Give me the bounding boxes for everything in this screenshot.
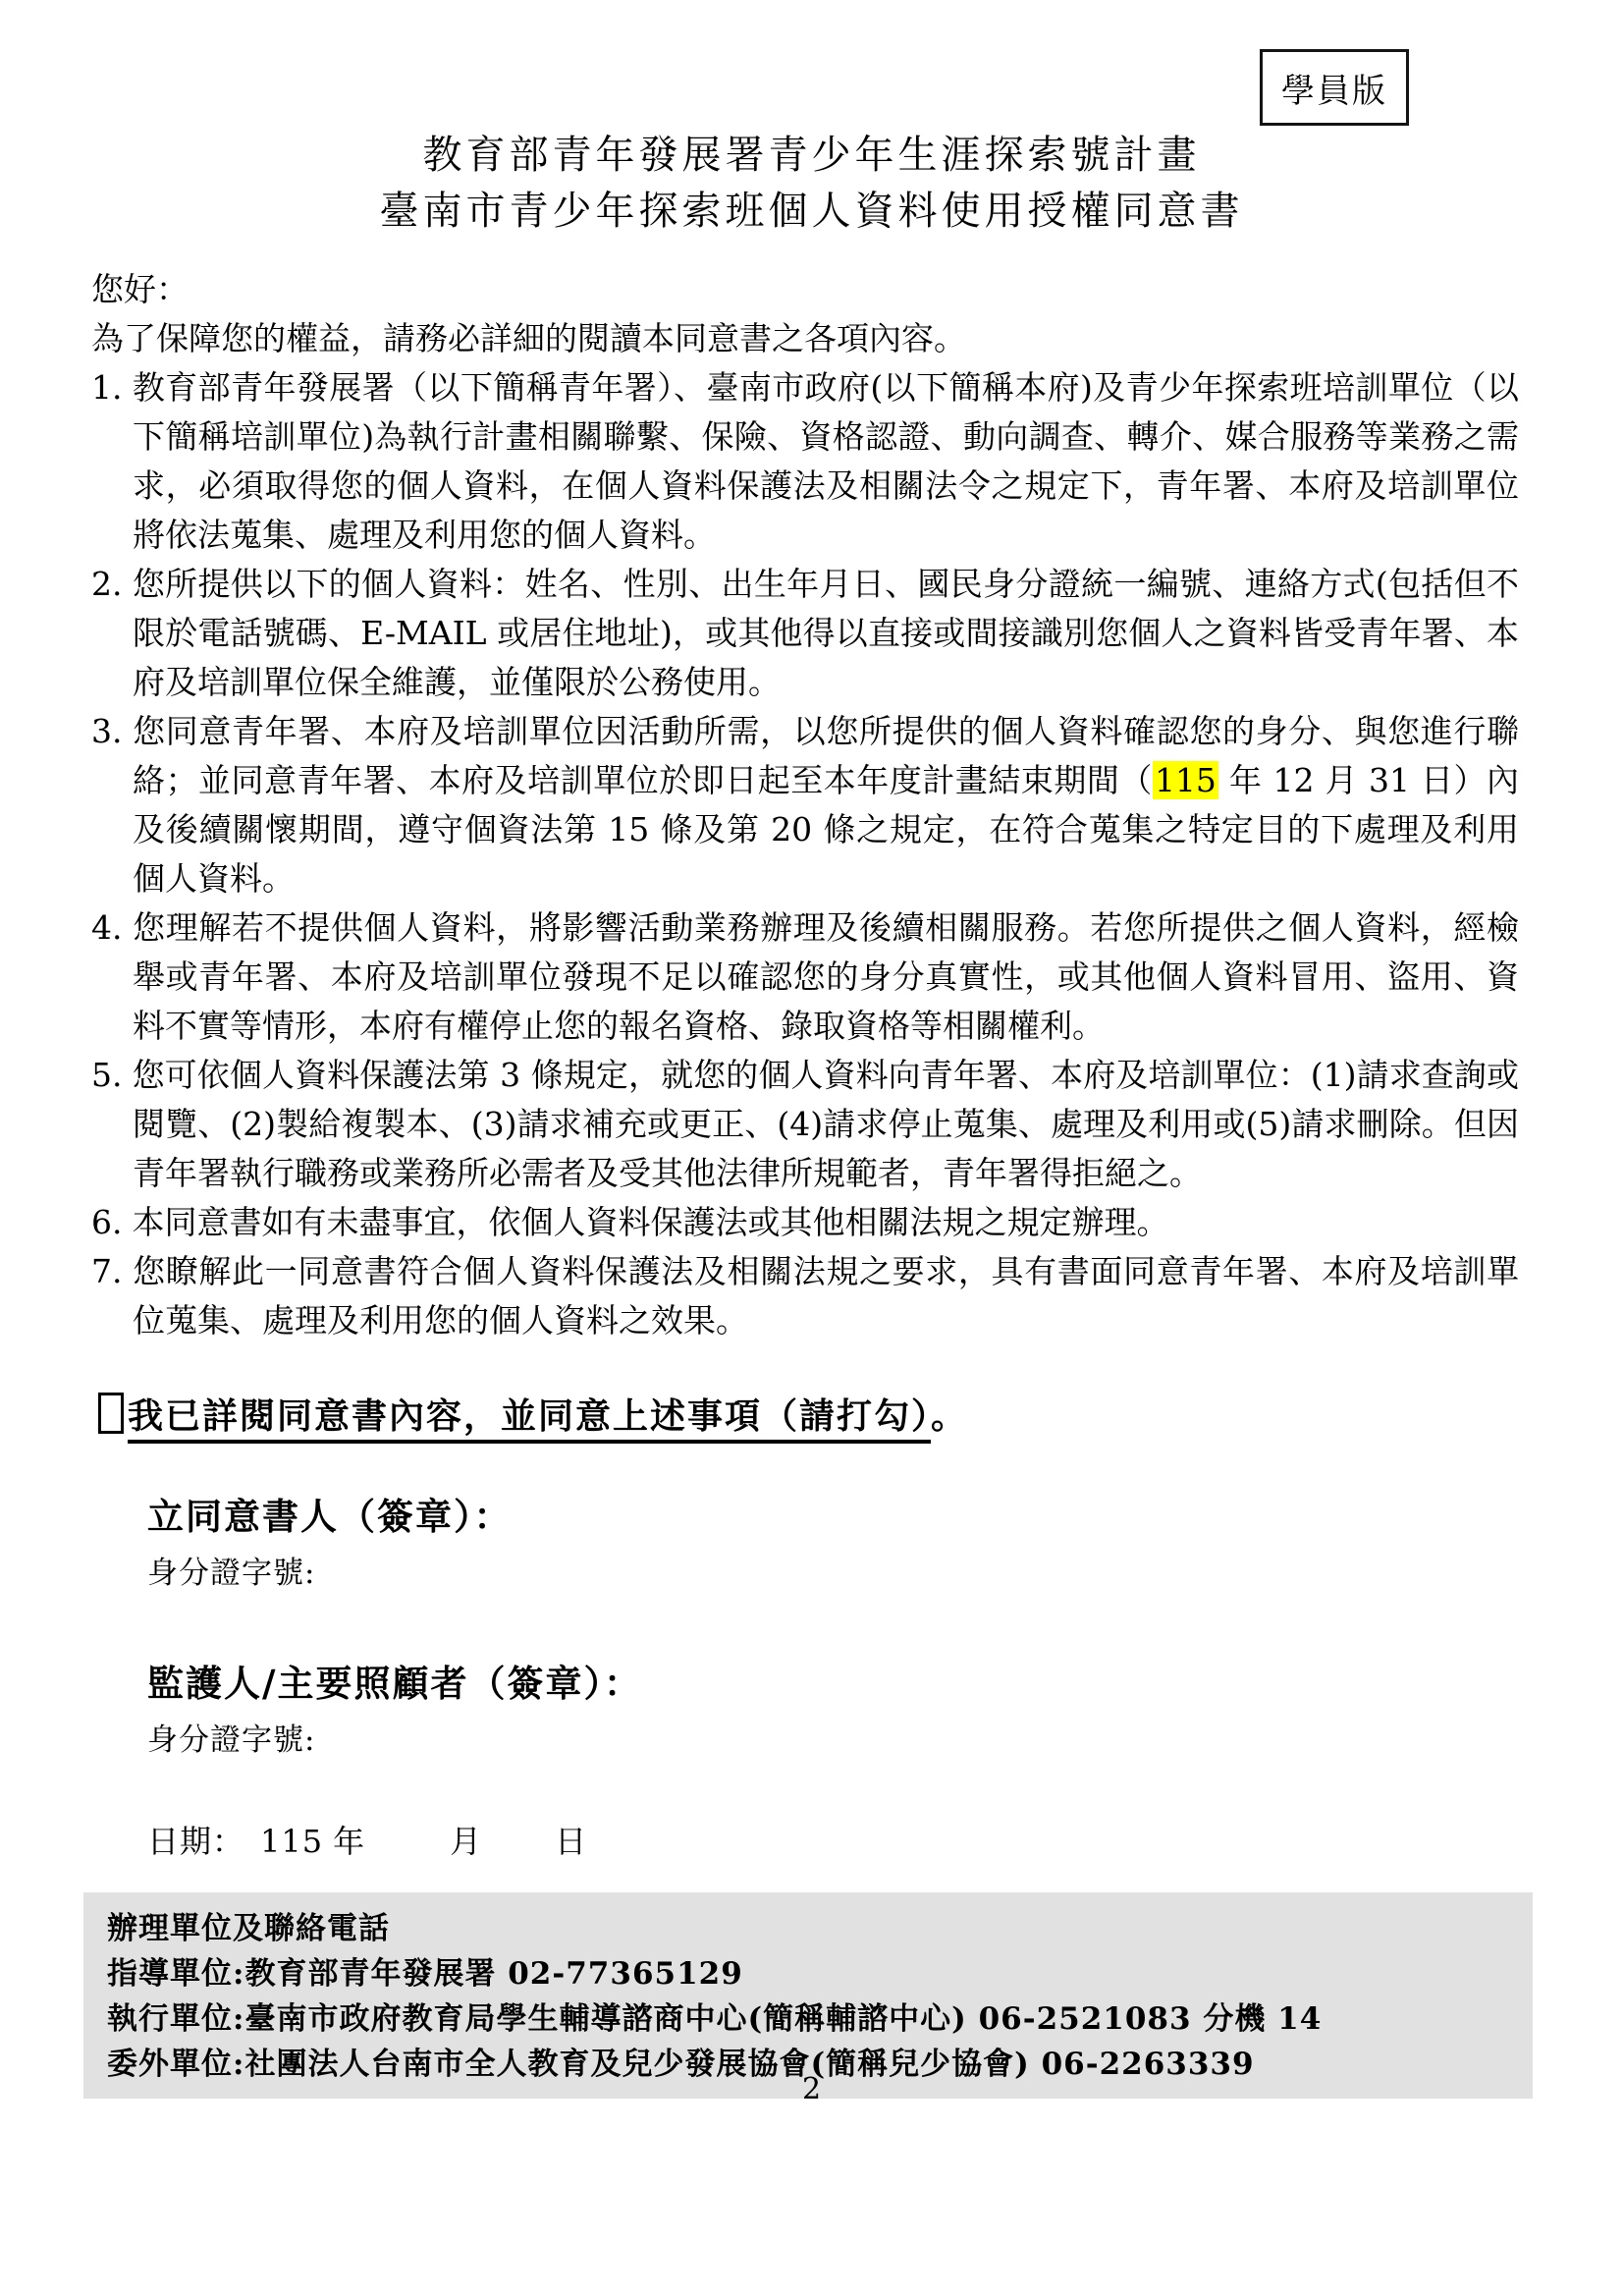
version-badge-label: 學員版 [1281,64,1387,112]
page-number: 2 [0,2072,1623,2106]
date-year-value: 115 [260,1823,323,1860]
body-text: 您好： 為了保障您的權益，請務必詳細的閱讀本同意書之各項內容。 1.教育部青年發… [91,265,1519,1345]
clause-5-number: 5. [91,1056,123,1094]
document-title-line1: 教育部青年發展署青少年生涯探索號計畫 [0,128,1623,184]
organizer-heading: 辦理單位及聯絡電話 [107,1906,1509,1951]
organizer-line-executing: 執行單位:臺南市政府教育局學生輔導諮商中心(簡稱輔諮中心) 06-2521083… [107,1996,1509,2042]
version-badge: 學員版 [1260,49,1409,126]
guardian-signature-label: 監護人/主要照顧者（簽章）： [147,1660,1623,1707]
signer-id-label: 身分證字號: [147,1552,1623,1595]
guardian-id-label: 身分證字號: [147,1719,1623,1762]
clause-2-number: 2. [91,565,123,603]
agreement-statement: 我已詳閱同意書內容，並同意上述事項（請打勾） [128,1395,931,1444]
document-title-line2: 臺南市青少年探索班個人資料使用授權同意書 [0,184,1623,240]
clause-6-text: 本同意書如有未盡事宜，依個人資料保護法或其他相關法規之規定辦理。 [133,1203,1169,1241]
consent-form-page: 學員版 教育部青年發展署青少年生涯探索號計畫 臺南市青少年探索班個人資料使用授權… [0,0,1623,2296]
clause-7-number: 7. [91,1252,123,1290]
clause-6-number: 6. [91,1203,123,1241]
signer-signature-label: 立同意書人（簽章）： [147,1493,1623,1540]
highlighted-year: 115 [1153,761,1218,799]
clause-7-text: 您瞭解此一同意書符合個人資料保護法及相關法規之要求，具有書面同意青年署、本府及培… [133,1252,1520,1339]
date-month-unit: 月 [450,1823,482,1860]
agreement-checkbox[interactable] [98,1393,124,1434]
clause-3: 3.您同意青年署、本府及培訓單位因活動所需，以您所提供的個人資料確認您的身分、與… [91,707,1519,903]
clause-7: 7.您瞭解此一同意書符合個人資料保護法及相關法規之要求，具有書面同意青年署、本府… [91,1247,1519,1345]
clause-1-text: 教育部青年發展署（以下簡稱青年署）、臺南市政府(以下簡稱本府)及青少年探索班培訓… [133,368,1520,554]
agreement-line: 我已詳閱同意書內容，並同意上述事項（請打勾）。 [98,1391,1623,1442]
clause-2: 2.您所提供以下的個人資料：姓名、性別、出生年月日、國民身分證統一編號、連絡方式… [91,560,1519,707]
date-year-unit: 年 [333,1823,365,1860]
greeting-line: 您好： [91,265,1519,314]
intro-line: 為了保障您的權益，請務必詳細的閱讀本同意書之各項內容。 [91,314,1519,363]
clause-5-text: 您可依個人資料保護法第 3 條規定，就您的個人資料向青年署、本府及培訓單位：(1… [133,1056,1520,1192]
date-prefix: 日期： [147,1823,244,1860]
clause-2-text: 您所提供以下的個人資料：姓名、性別、出生年月日、國民身分證統一編號、連絡方式(包… [133,565,1520,701]
date-day-unit: 日 [555,1823,587,1860]
clause-1-number: 1. [91,368,123,407]
signature-section: 立同意書人（簽章）： 身分證字號: 監護人/主要照顧者（簽章）： 身分證字號: … [147,1493,1623,1864]
clause-4-text: 您理解若不提供個人資料，將影響活動業務辦理及後續相關服務。若您所提供之個人資料，… [133,908,1520,1045]
clause-5: 5.您可依個人資料保護法第 3 條規定，就您的個人資料向青年署、本府及培訓單位：… [91,1051,1519,1198]
organizer-info-box: 辦理單位及聯絡電話 指導單位:教育部青年發展署 02-77365129 執行單位… [83,1892,1533,2099]
clause-3-number: 3. [91,712,123,750]
clause-4-number: 4. [91,908,123,947]
organizer-line-guidance: 指導單位:教育部青年發展署 02-77365129 [107,1951,1509,1996]
clause-4: 4.您理解若不提供個人資料，將影響活動業務辦理及後續相關服務。若您所提供之個人資… [91,903,1519,1051]
agreement-period: 。 [931,1395,968,1437]
date-line: 日期：115年月日 [147,1819,1623,1864]
clause-6: 6.本同意書如有未盡事宜，依個人資料保護法或其他相關法規之規定辦理。 [91,1198,1519,1247]
clause-1: 1.教育部青年發展署（以下簡稱青年署）、臺南市政府(以下簡稱本府)及青少年探索班… [91,363,1519,560]
